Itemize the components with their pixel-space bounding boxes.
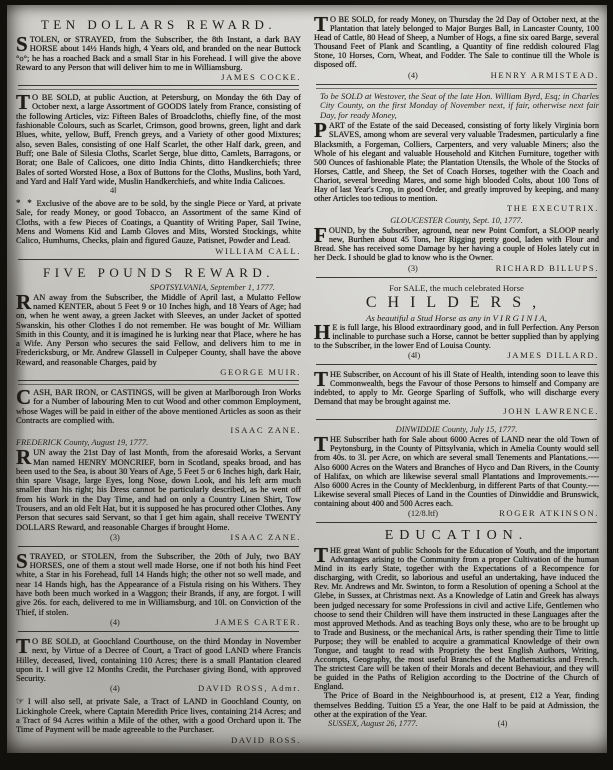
signature: RICHARD BILLUPS.	[496, 263, 599, 273]
divider-rule	[316, 364, 597, 367]
ad-subhead: As beautiful a Stud Horse as any in V I …	[314, 313, 599, 323]
signature: JOHN LAWRENCE.	[503, 406, 599, 416]
ad-body-text: Exclusive of the above are to be sold, b…	[16, 198, 301, 245]
issue-note: (3)	[110, 533, 120, 543]
ad-goods-auction: TO BE SOLD, at public Auction, at Peters…	[16, 93, 301, 196]
divider-rule	[316, 419, 597, 422]
ad-sloop-found: GLOUCESTER County, Sept. 10, 1777. FOUND…	[314, 216, 599, 273]
signature: ISAAC ZANE.	[230, 425, 301, 435]
ad-body: PART of the Estate of the said Deceased,…	[314, 121, 599, 203]
ad-headline: TEN DOLLARS REWARD.	[16, 17, 301, 33]
signature-line: (4) JAMES CARTER.	[16, 617, 301, 628]
signature: WILLIAM CALL.	[215, 246, 301, 256]
divider-rule	[18, 631, 299, 634]
divider-rule	[18, 546, 299, 549]
signature-line: GEORGE MUIR.	[16, 367, 301, 377]
signature: ISAAC ZANE.	[230, 532, 301, 542]
divider-rule	[316, 84, 597, 89]
left-column: TEN DOLLARS REWARD. STOLEN, or STRAYED, …	[16, 15, 301, 748]
ad-five-pounds-reward: FIVE POUNDS REWARD. SPOTSYLVANIA, Septem…	[16, 265, 301, 377]
dateline: GLOUCESTER County, Sept. 10, 1777.	[314, 216, 599, 226]
ad-westover-estate: To be SOLD at Westover, the Seat of the …	[314, 92, 599, 214]
signature: JAMES COCKE.	[221, 72, 301, 82]
ad-body: ☞ I will also sell, at private Sale, a T…	[16, 697, 301, 734]
ad-goochland-courthouse-sale: TO BE SOLD, at Goochland Courthouse, on …	[16, 637, 301, 694]
ad-body: TO BE SOLD, at Goochland Courthouse, on …	[16, 637, 301, 683]
dateline: SUSSEX, August 26, 1777.	[328, 719, 418, 729]
ad-goods-private-sale: * * Exclusive of the above are to be sol…	[16, 199, 301, 255]
ad-body: STOLEN, or STRAYED, from the Subscriber,…	[16, 35, 301, 72]
divider-rule	[18, 380, 299, 385]
newspaper-page: TEN DOLLARS REWARD. STOLEN, or STRAYED, …	[7, 5, 607, 753]
ad-atkinson-land: DINWIDDIE County, July 15, 1777. THE Sub…	[314, 425, 599, 519]
signature: THE EXECUTRIX.	[507, 203, 599, 213]
ad-body-2: The Price of Board in the Neighbourhood …	[314, 691, 599, 718]
signature-line: 4‖	[16, 186, 301, 196]
two-column-layout: TEN DOLLARS REWARD. STOLEN, or STRAYED, …	[7, 5, 607, 748]
ad-body-text: I will also sell, at private Sale, a Tra…	[16, 696, 301, 734]
signature-line: (4) HENRY ARMISTEAD.	[314, 70, 599, 81]
signature: DAVID ROSS, Admr.	[198, 683, 301, 693]
signature: ROGER ATKINSON.	[499, 508, 599, 518]
dateline-row: SUSSEX, August 26, 1777. (4)	[314, 719, 599, 729]
issue-note: (4)	[110, 618, 120, 628]
signature-line: (12/8.‖tf) ROGER ATKINSON.	[314, 508, 599, 519]
ad-strayed-bay-horses: STRAYED, or STOLEN, from the Subscriber,…	[16, 552, 301, 628]
ad-headline: FIVE POUNDS REWARD.	[16, 265, 301, 281]
ad-body: FOUND, by the Subscriber, aground, near …	[314, 226, 599, 262]
ad-runaway-moncrief: FREDERICK County, August 19, 1777. RUN a…	[16, 438, 301, 543]
divider-rule	[316, 522, 597, 525]
ad-body: TO BE SOLD, at public Auction, at Peters…	[16, 93, 301, 186]
divider-rule	[18, 85, 299, 90]
issue-note: (3)	[408, 264, 418, 274]
right-column: TO BE SOLD, for ready Money, on Thursday…	[314, 15, 599, 748]
ad-goochland-private-sale: ☞ I will also sell, at private Sale, a T…	[16, 697, 301, 744]
signature-line: JAMES COCKE.	[16, 72, 301, 82]
ad-body: RUN away the 21st Day of last Month, fro…	[16, 448, 301, 532]
signature-line: (4) DAVID ROSS, Admr.	[16, 683, 301, 694]
signature-line: JOHN LAWRENCE.	[314, 406, 599, 416]
issue-note: (4‖)	[408, 351, 420, 361]
issue-note: (4)	[408, 71, 418, 81]
signature-line: THE EXECUTRIX.	[314, 203, 599, 213]
signature: JAMES CARTER.	[215, 617, 301, 627]
issue-note: 4‖	[110, 186, 117, 196]
ad-childers-horse: For SALE, the much celebrated Horse CHIL…	[314, 283, 599, 361]
issue-note: (4)	[498, 719, 508, 729]
ad-body: STRAYED, or STOLEN, from the Subscriber,…	[16, 552, 301, 617]
signature-line: (3) RICHARD BILLUPS.	[314, 263, 599, 274]
ad-body: THE Subscriber, on Account of his ill St…	[314, 370, 599, 406]
signature: JAMES DILLARD.	[507, 350, 599, 360]
signature-line: DAVID ROSS.	[16, 735, 301, 745]
signature: DAVID ROSS.	[231, 735, 301, 745]
signature: HENRY ARMISTEAD.	[491, 70, 599, 80]
signature-line: WILLIAM CALL.	[16, 246, 301, 256]
ad-lawrence-notice: THE Subscriber, on Account of his ill St…	[314, 370, 599, 416]
ad-ten-dollars-reward: TEN DOLLARS REWARD. STOLEN, or STRAYED, …	[16, 17, 301, 82]
ad-body: HE is full large, his Blood extraordinar…	[314, 323, 599, 350]
signature-line: (3) ISAAC ZANE.	[16, 532, 301, 543]
ad-education-school: EDUCATION. THE great Want of public Scho…	[314, 528, 599, 729]
ad-intro: To be SOLD at Westover, the Seat of the …	[320, 92, 599, 121]
ad-cash-bar-iron: CASH, BAR IRON, or CASTINGS, will be giv…	[16, 388, 301, 435]
ad-body: THE great Want of public Schools for the…	[314, 546, 599, 692]
divider-rule	[316, 277, 597, 280]
ad-body: THE Subscriber hath for Sale about 6000 …	[314, 435, 599, 508]
divider-rule	[18, 259, 299, 262]
ad-body: TO BE SOLD, for ready Money, on Thursday…	[314, 15, 599, 70]
ad-title: CHILDERS,	[314, 294, 599, 312]
dateline: DINWIDDIE County, July 15, 1777.	[314, 425, 599, 435]
signature: GEORGE MUIR.	[220, 367, 301, 377]
ad-body: CASH, BAR IRON, or CASTINGS, will be giv…	[16, 388, 301, 425]
signature-line: (4‖) JAMES DILLARD.	[314, 350, 599, 361]
newspaper-scan: { "colors": { "paper": "#cfcec9", "ink":…	[0, 0, 613, 770]
ad-subhead: For SALE, the much celebrated Horse	[314, 283, 599, 293]
issue-note: (12/8.‖tf)	[408, 509, 438, 519]
signature-line: ISAAC ZANE.	[16, 425, 301, 435]
ad-body: * * Exclusive of the above are to be sol…	[16, 199, 301, 245]
ad-body: RAN away from the Subscriber, the Middle…	[16, 293, 301, 367]
ad-burges-ball-sale: TO BE SOLD, for ready Money, on Thursday…	[314, 15, 599, 81]
issue-note: (4)	[110, 684, 120, 694]
ad-headline: EDUCATION.	[314, 528, 599, 544]
